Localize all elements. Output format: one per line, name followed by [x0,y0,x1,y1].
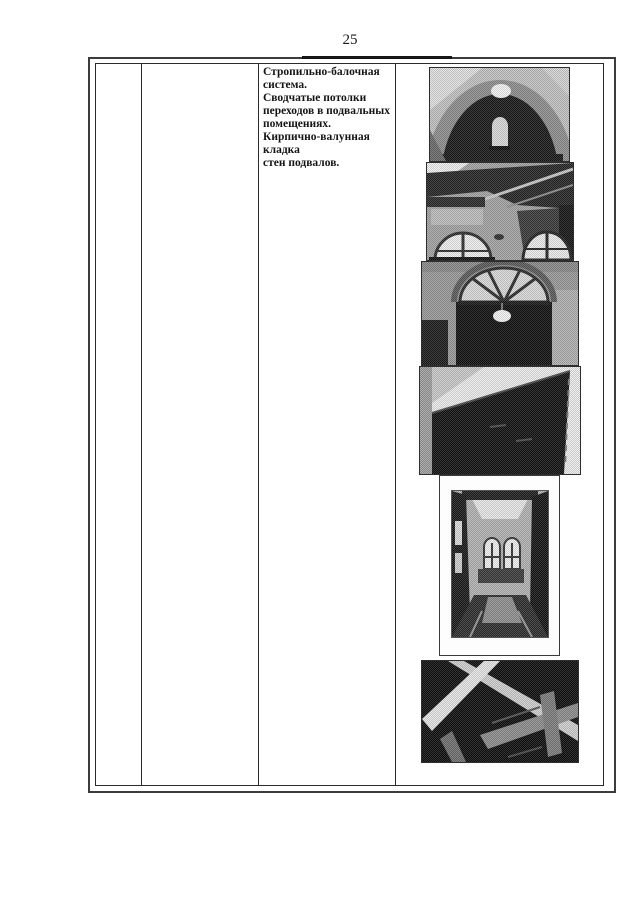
table: Стропильно-балочная система. Сводчатые п… [88,57,616,793]
photo-vaulted-ceiling-icon [429,67,570,162]
photo-fanlight-doorway-icon [421,261,579,366]
table-cell-photos [396,64,603,785]
description-text: Стропильно-балочная система. Сводчатые п… [259,64,395,170]
table-cell-description: Стропильно-балочная система. Сводчатые п… [259,64,396,785]
page-number: 25 [60,32,640,49]
photo-beamed-ceiling-icon [426,162,574,261]
scan-artifact [302,56,452,59]
table-cell-empty-1 [96,64,142,785]
photo-dark-beam-icon [419,366,581,475]
table-cell-empty-2 [142,64,259,785]
photo-corridor-frame [439,475,560,656]
photo-crossed-beams-icon [421,660,579,763]
photo-corridor-icon [452,491,548,637]
table-row: Стропильно-балочная система. Сводчатые п… [95,63,604,786]
